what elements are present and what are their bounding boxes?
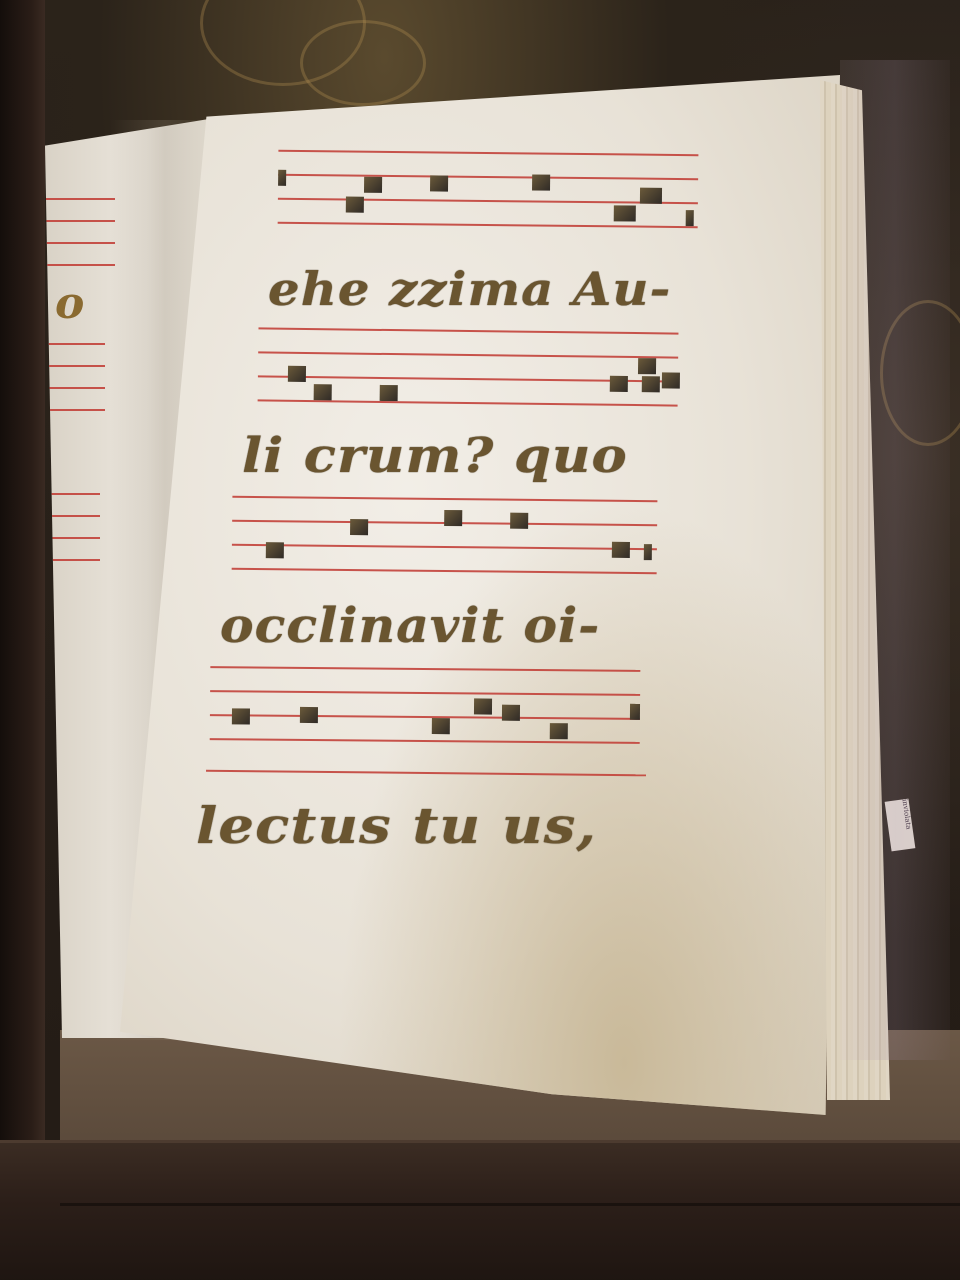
gilded-swirl-ornament [300, 20, 426, 106]
chant-note [266, 542, 284, 558]
chant-note [662, 372, 680, 388]
lyric-line-3: occlinavit oi- [220, 598, 600, 654]
chant-note [630, 704, 640, 720]
chant-note [364, 177, 382, 193]
chant-note [610, 376, 628, 392]
chant-note [346, 197, 364, 213]
chant-note [444, 510, 462, 526]
music-staff-1 [278, 150, 699, 234]
chant-note [510, 513, 528, 529]
music-staff-2 [258, 327, 679, 412]
music-staff-3 [232, 496, 658, 580]
chant-note [550, 723, 568, 739]
chant-note [232, 708, 250, 724]
chant-note [612, 542, 630, 558]
chant-note [640, 188, 662, 204]
chant-note [638, 358, 656, 374]
lyric-line-4: lectus tu us, [196, 796, 597, 855]
chant-note [644, 544, 652, 560]
chant-note [474, 698, 492, 714]
left-staff [45, 493, 100, 573]
chant-note [300, 707, 318, 723]
chant-note [350, 519, 368, 535]
lyric-line-1: ehe zzima Au- [268, 262, 671, 316]
chant-note [686, 210, 694, 226]
lyric-line-2: li crum? quo [242, 428, 628, 484]
chant-note [502, 705, 520, 721]
left-page-partial-text: o [55, 278, 84, 329]
base-groove [60, 1203, 960, 1206]
chant-note [432, 718, 450, 734]
chant-note [532, 174, 550, 190]
glass-reflection [840, 60, 950, 1060]
case-frame-left [0, 0, 45, 1280]
left-staff [45, 343, 105, 423]
music-staff-4 [210, 666, 641, 750]
chant-note [314, 384, 332, 400]
chant-note [614, 205, 636, 221]
chant-note [278, 170, 286, 186]
left-staff [45, 198, 115, 278]
chant-note [380, 385, 398, 401]
case-base [0, 1140, 960, 1280]
chant-note [642, 376, 660, 392]
chant-note [430, 175, 448, 191]
chant-note [288, 366, 306, 382]
